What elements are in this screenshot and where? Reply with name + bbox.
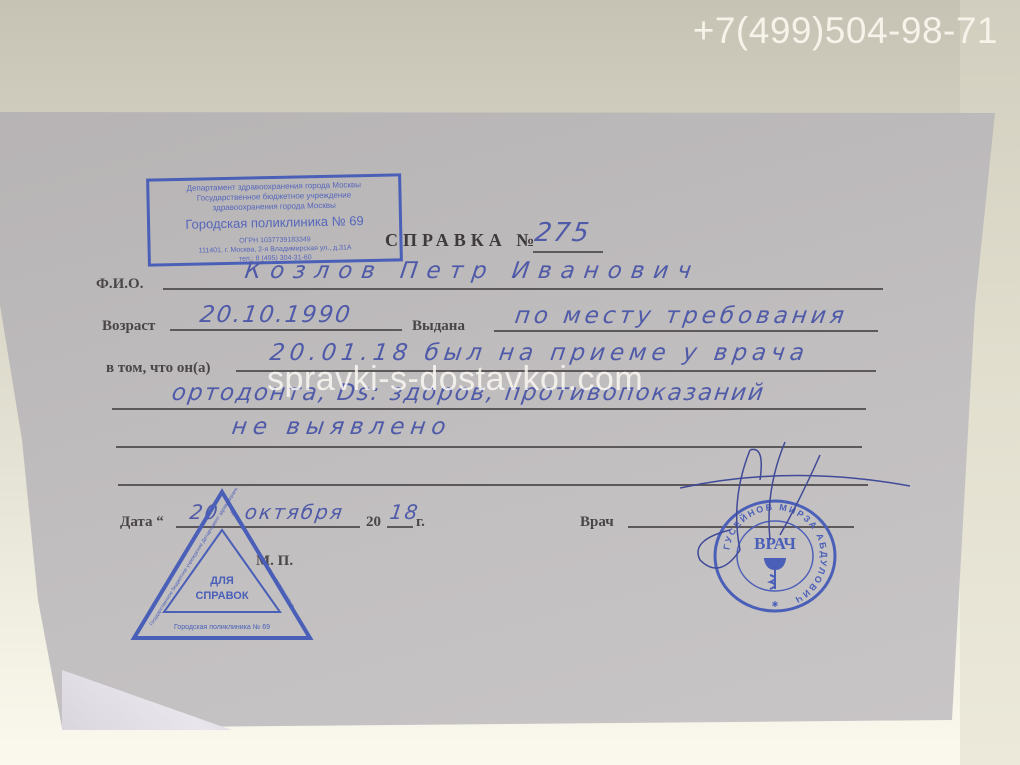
- body-line-2: [112, 408, 866, 410]
- star-icon: ✱: [772, 600, 779, 609]
- body-text-3: не выявлено: [230, 414, 453, 440]
- clinic-header-stamp: Департамент здравоохранения города Москв…: [146, 173, 403, 266]
- issued-label: Выдана: [412, 318, 465, 335]
- fio-label: Ф.И.О.: [96, 276, 143, 293]
- fio-line: [163, 288, 883, 290]
- year-prefix: 20: [366, 514, 381, 531]
- year-g: г.: [416, 514, 425, 531]
- triangle-center-line1: ДЛЯ: [210, 575, 234, 587]
- triangle-center-line2: СПРАВОК: [195, 590, 248, 602]
- triangle-stamp: ДЛЯ СПРАВОК Городская поликлиника № 69 Г…: [130, 488, 314, 644]
- that-label: в том, что он(а): [106, 360, 210, 377]
- age-label: Возраст: [102, 318, 155, 335]
- fio-value: Козлов Петр Иванович: [243, 258, 702, 284]
- issued-value: по месту требования: [513, 303, 849, 329]
- doctor-label: Врач: [580, 514, 614, 531]
- site-watermark: spravki-s-dostavkoi.com: [267, 360, 643, 399]
- age-value: 20.10.1990: [198, 302, 353, 328]
- number-underline: [533, 251, 603, 253]
- doctor-signature: [670, 440, 910, 580]
- certificate-number: 275: [533, 218, 593, 248]
- phone-overlay: +7(499)504-98-71: [693, 10, 998, 52]
- year-line: [387, 526, 413, 528]
- issued-line: [494, 330, 878, 332]
- age-line: [170, 329, 402, 331]
- document-title: СПРАВКА №: [385, 230, 539, 251]
- triangle-bottom-text: Городская поликлиника № 69: [174, 624, 270, 631]
- stamp-clinic-name: Городская поликлиника № 69: [150, 211, 399, 234]
